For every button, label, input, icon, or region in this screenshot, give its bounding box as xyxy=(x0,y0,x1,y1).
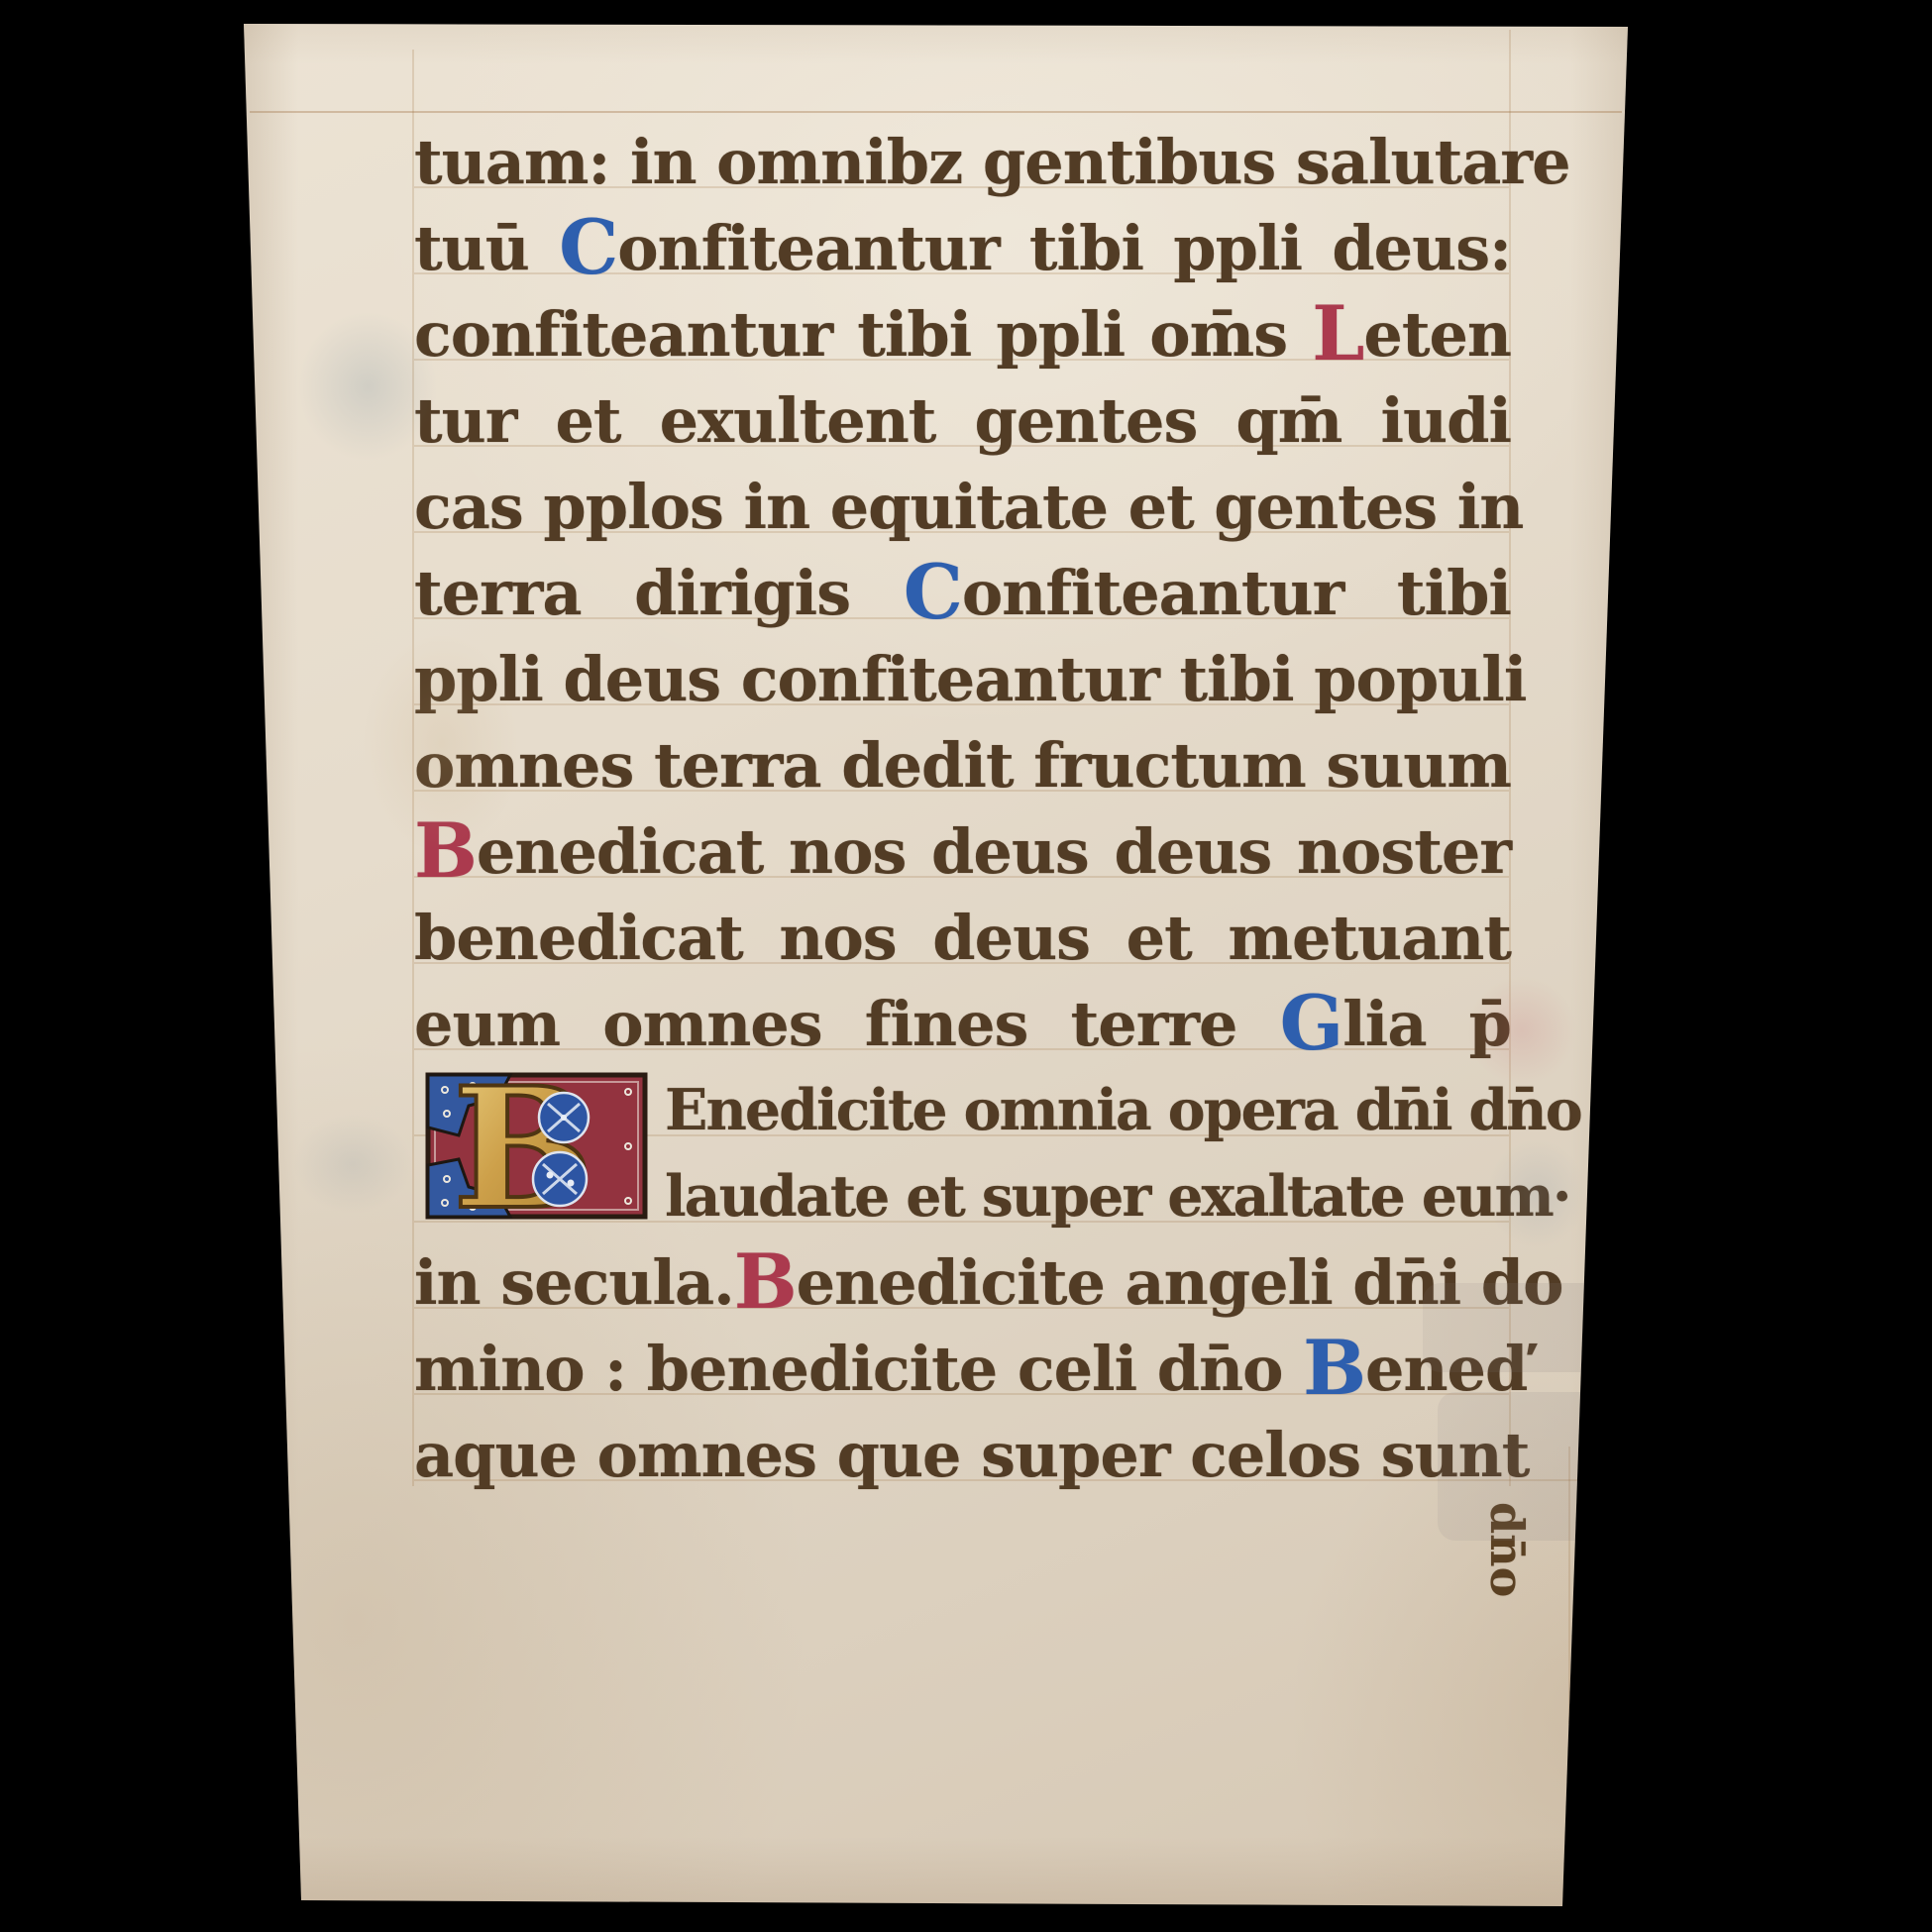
ink-text: eten xyxy=(1363,298,1511,371)
ink-text: in secula. xyxy=(414,1246,734,1319)
text-line: tur et exultent gentes qm̄ iudi xyxy=(414,381,1511,468)
versal-initial-blue: G xyxy=(1280,979,1343,1067)
versal-initial-red: L xyxy=(1312,289,1363,377)
text-line: cas pplos in equitate et gentes in xyxy=(414,468,1511,554)
ink-text: terra dirigis xyxy=(414,557,904,629)
ink-text: onfiteantur tibi ppli deus: xyxy=(617,212,1511,284)
text-line: terra dirigis Confiteantur tibi xyxy=(414,554,1511,640)
versal-initial-red: B xyxy=(734,1237,797,1326)
photo-black-backdrop: { "page": { "type": "illuminated-manuscr… xyxy=(0,0,1932,1932)
ink-text: laudate et super exaltate eum· xyxy=(665,1163,1570,1230)
ink-text: cas pplos in equitate et gentes in xyxy=(414,471,1523,543)
text-line: eum omnes fines terre Glia p̄ xyxy=(414,985,1511,1071)
ink-text: eneď xyxy=(1365,1333,1527,1405)
ink-text: aque omnes que super celos sunt xyxy=(414,1419,1529,1491)
illuminated-initial-B: B xyxy=(425,1072,651,1223)
catchword-ruling xyxy=(1568,1447,1570,1724)
text-line: laudate et super exaltate eum· xyxy=(665,1157,1511,1243)
catchword: dn̄o xyxy=(1480,1502,1534,1597)
ink-text: tuam: in omnibz gentibus salutare xyxy=(414,126,1570,198)
blue-grey-stain xyxy=(293,1115,412,1214)
text-line: benedicat nos deus et metuant xyxy=(414,899,1511,985)
ink-text: tur et exultent gentes qm̄ iudi xyxy=(414,384,1511,457)
ink-text: tuū xyxy=(414,212,559,284)
versal-initial-blue: C xyxy=(904,548,962,636)
ink-text: enedicat nos deus deus noster xyxy=(477,815,1511,888)
text-line: Enedicite omnia opera dn̄i dn̄o xyxy=(665,1071,1511,1157)
ink-text: lia p̄ xyxy=(1342,988,1511,1060)
ink-text: enedicite angeli dn̄i do xyxy=(797,1246,1563,1319)
versal-initial-blue: C xyxy=(559,203,617,291)
versal-initial-blue: B xyxy=(1303,1324,1365,1412)
versal-initial-red: B xyxy=(414,806,477,895)
ink-text: onfiteantur tibi xyxy=(962,557,1511,629)
ink-text: eum omnes fines terre xyxy=(414,988,1280,1060)
text-line: in secula.Benedicite angeli dn̄i do xyxy=(414,1243,1511,1330)
text-line: mino : benedicite celi dn̄o Beneď xyxy=(414,1330,1511,1416)
text-line: ppli deus confiteantur tibi populi xyxy=(414,640,1511,726)
text-line: omnes terra dedit fructum suum xyxy=(414,726,1511,812)
text-line: tuū Confiteantur tibi ppli deus: xyxy=(414,209,1511,295)
illuminated-initial-artwork: B xyxy=(425,1072,651,1223)
ink-text: benedicat nos deus et metuant xyxy=(414,902,1511,974)
parchment-page: tuam: in omnibz gentibus salutaretuū Con… xyxy=(244,20,1630,1906)
top-ruling-line xyxy=(250,111,1622,113)
ink-text: mino : benedicite celi dn̄o xyxy=(414,1333,1303,1405)
ink-text: omnes terra dedit fructum suum xyxy=(414,729,1511,802)
ink-text: Enedicite omnia opera dn̄i dn̄o xyxy=(665,1077,1581,1143)
text-line: confiteantur tibi ppli om̄s Leten xyxy=(414,295,1511,381)
text-line: aque omnes que super celos sunt xyxy=(414,1416,1511,1502)
ink-text: ppli deus confiteantur tibi populi xyxy=(414,643,1526,715)
text-line: Benedicat nos deus deus noster xyxy=(414,812,1511,899)
ink-text: confiteantur tibi ppli om̄s xyxy=(414,298,1312,371)
text-line: tuam: in omnibz gentibus salutare xyxy=(414,123,1511,209)
